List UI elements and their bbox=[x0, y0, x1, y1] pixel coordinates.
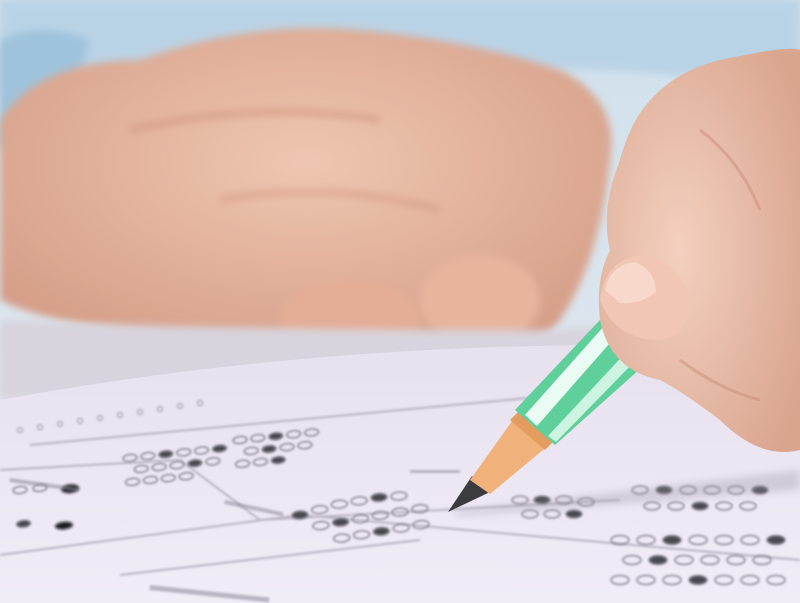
photo-scene bbox=[0, 0, 800, 603]
left-hand bbox=[0, 28, 611, 363]
photo-illustration bbox=[0, 0, 800, 603]
